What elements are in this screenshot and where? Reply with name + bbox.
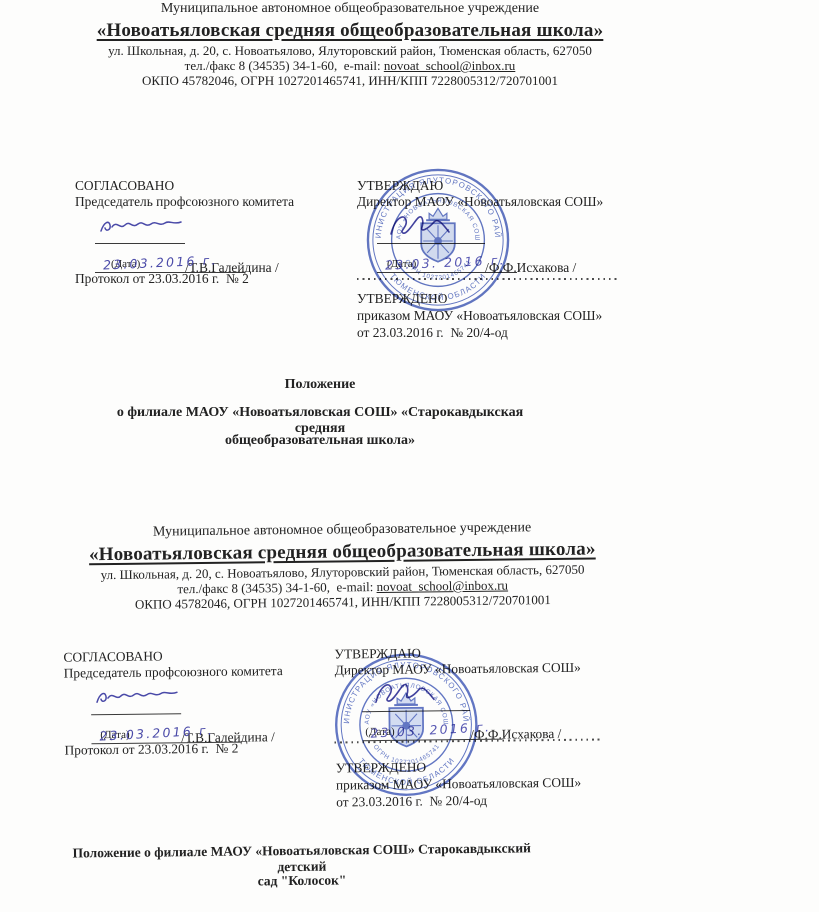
agreed-heading: СОГЛАСОВАНО xyxy=(75,178,174,194)
regulation-title-line: общеобразовательная школа» xyxy=(100,433,540,449)
school-round-stamp: АДМИНИСТРАЦИЯ ЯЛУТОРОВСКОГО РАЙОНА ТЮМЕН… xyxy=(364,166,512,314)
protocol-line: Протокол от 23.03.2016 г. № 2 xyxy=(75,271,249,287)
regulation-title-line: Положение xyxy=(100,377,540,393)
galeydina-signature-scribble xyxy=(97,214,185,238)
agreed-role: Председатель профсоюзного комитета xyxy=(75,194,294,210)
agreed-heading: СОГЛАСОВАНО xyxy=(63,648,162,665)
regulation-title-1: Положение о филиале МАОУ «Новоатьяловска… xyxy=(100,377,540,457)
galeydina-signature-scribble xyxy=(93,684,181,709)
protocol-line: Протокол от 23.03.2016 г. № 2 xyxy=(64,741,238,759)
agreed-block-1: СОГЛАСОВАНО Председатель профсоюзного ко… xyxy=(75,178,367,298)
school-round-stamp: АДМИНИСТРАЦИЯ ЯЛУТОРОВСКОГО РАЙОНА ТЮМЕН… xyxy=(331,650,481,800)
stamp-coat-of-arms xyxy=(421,208,455,261)
date-line: 23.03.2016 г. xyxy=(95,252,245,273)
regulation-title-2: Положение о филиале МАОУ «Новоатьяловска… xyxy=(58,840,547,906)
agreed-role: Председатель профсоюзного комитета xyxy=(64,663,283,681)
order-line-2: от 23.03.2016 г. № 20/4-од xyxy=(357,325,508,341)
agreed-block-2: СОГЛАСОВАНО Председатель профсоюзного ко… xyxy=(63,646,356,769)
stamp-coat-of-arms xyxy=(389,693,423,747)
scanned-document-sheet: Муниципальное автономное общеобразовател… xyxy=(0,0,819,912)
letterhead-2: Муниципальное автономное общеобразовател… xyxy=(0,517,693,613)
email-text: novoat_school@inbox.ru xyxy=(376,578,508,594)
